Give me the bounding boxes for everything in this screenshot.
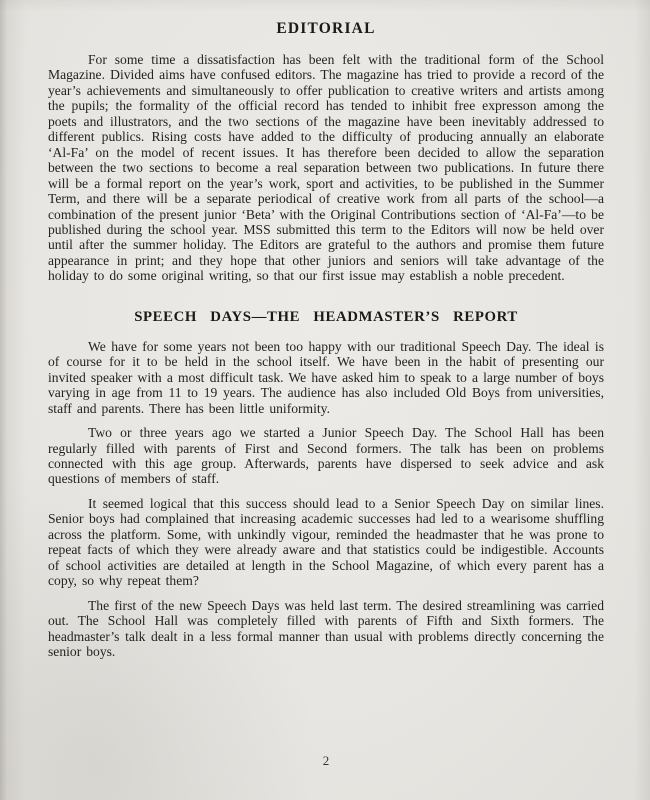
speech-days-paragraph-1: We have for some years not been too happ… (48, 339, 604, 416)
page-number: 2 (48, 753, 604, 769)
editorial-paragraph: For some time a dissatisfaction has been… (48, 52, 604, 284)
speech-days-paragraph-4: The first of the new Speech Days was hel… (48, 598, 604, 660)
speech-days-paragraph-3: It seemed logical that this success shou… (48, 496, 604, 589)
speech-days-heading: SPEECH DAYS—THE HEADMASTER’S REPORT (48, 309, 604, 326)
page-content: EDITORIAL For some time a dissatisfactio… (48, 12, 604, 659)
speech-days-paragraph-2: Two or three years ago we started a Juni… (48, 425, 604, 487)
scanned-page: EDITORIAL For some time a dissatisfactio… (0, 0, 650, 800)
editorial-heading: EDITORIAL (48, 20, 604, 38)
